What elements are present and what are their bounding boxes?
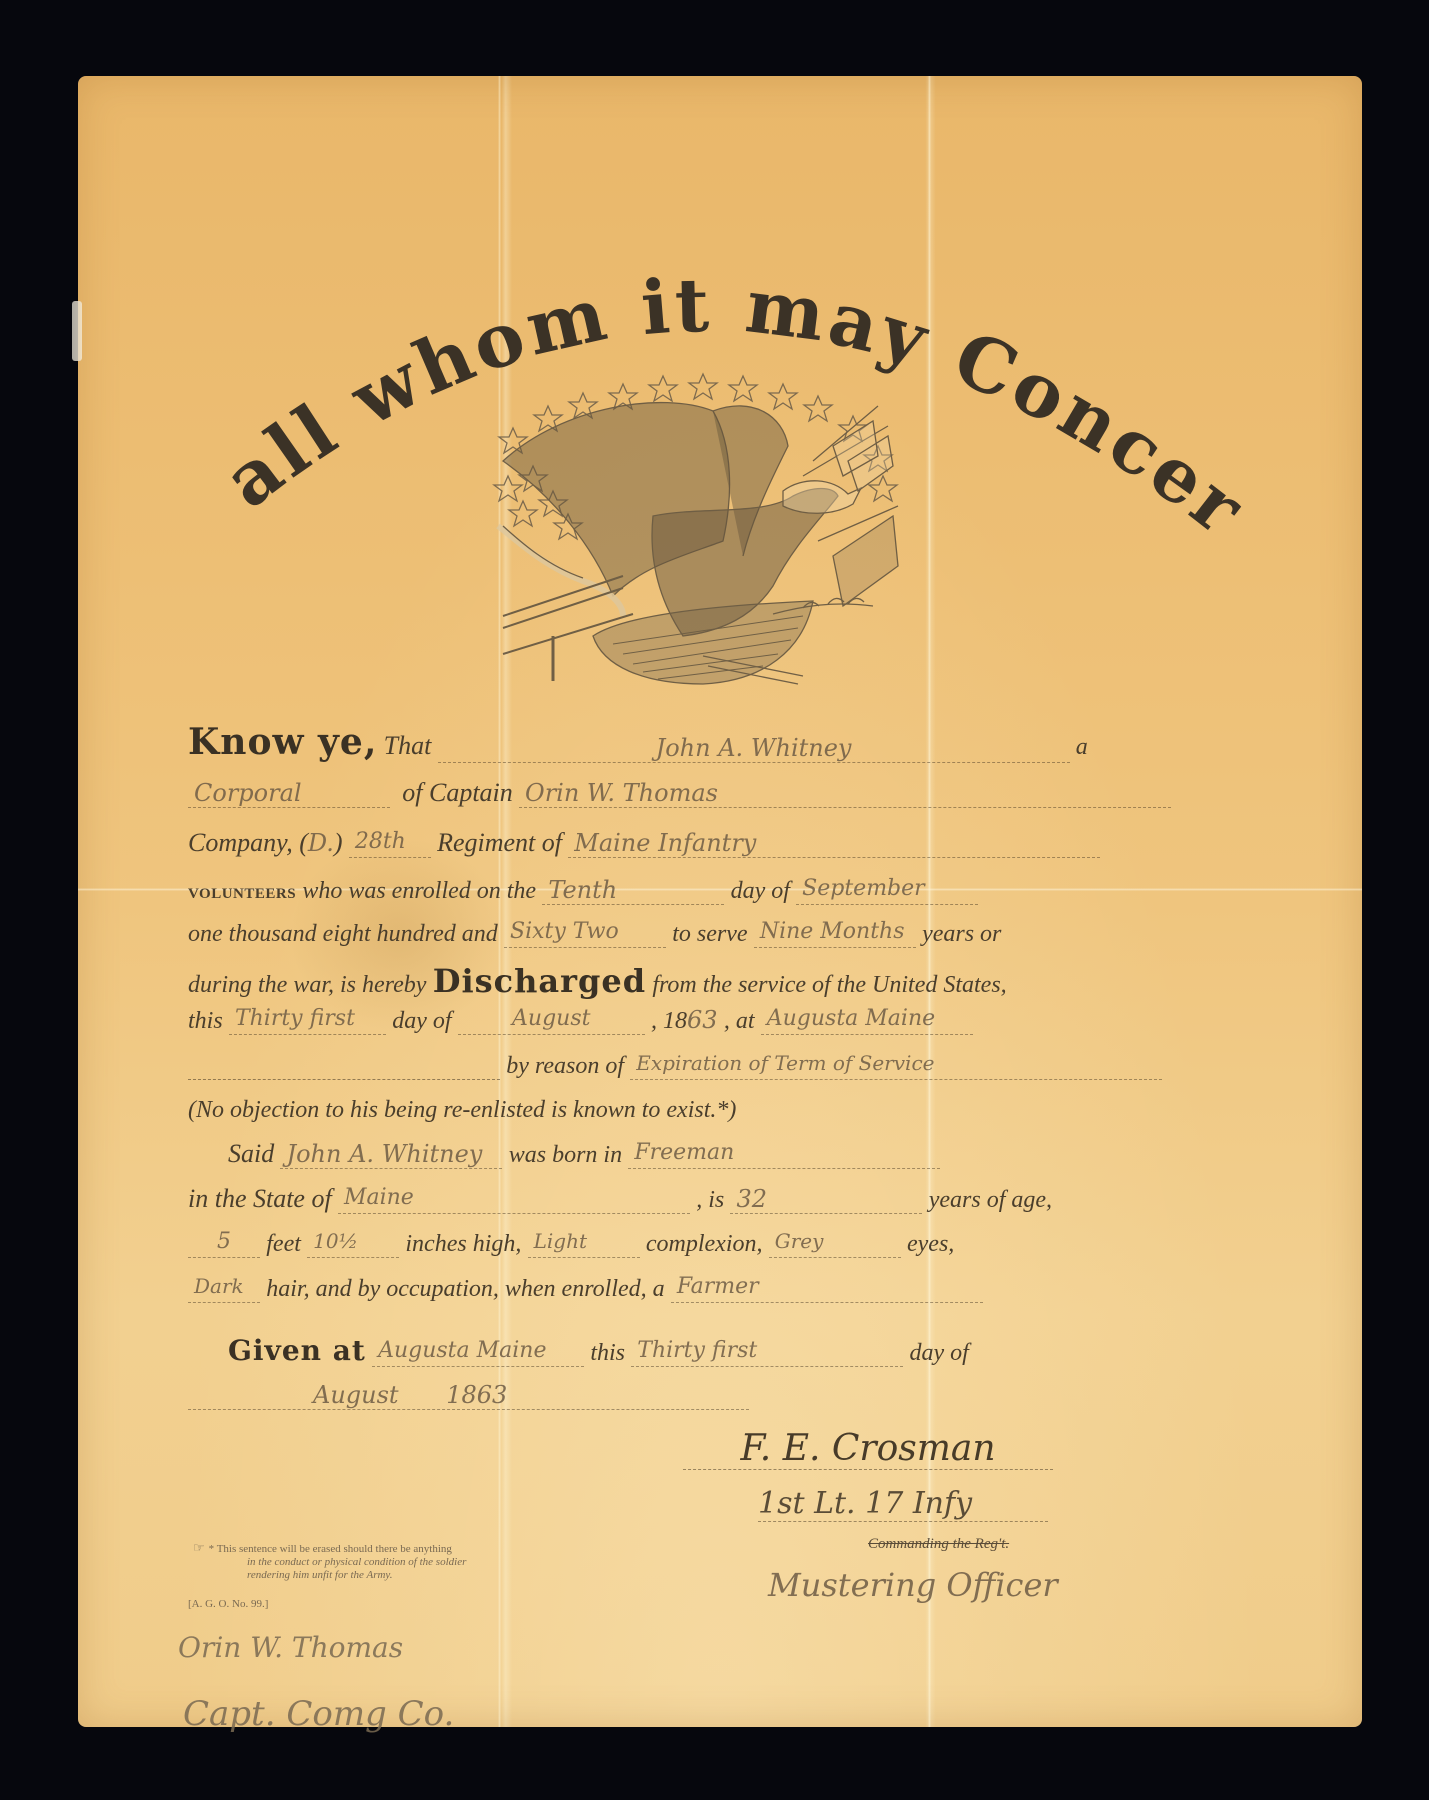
label-eyes: eyes,	[907, 1231, 954, 1257]
label-day-of: day of	[731, 878, 790, 904]
state-field: Maine	[338, 1185, 690, 1214]
discharge-month-field: August	[458, 1006, 645, 1035]
label-year-18: , 18	[651, 1008, 687, 1034]
regiment-name-field: Maine Infantry	[568, 829, 1100, 858]
discharge-year-field: 63	[687, 1006, 718, 1034]
label-at: , at	[724, 1008, 755, 1034]
footnote-line-1: * This sentence will be erased should th…	[209, 1543, 452, 1555]
label-this: this	[188, 1008, 223, 1034]
line-discharge-date: this Thirty first day of August , 1863 ,…	[188, 1006, 1272, 1046]
label-by-reason: by reason of	[506, 1053, 624, 1079]
captain-name-field: Orin W. Thomas	[519, 779, 1171, 808]
discharge-day-field: Thirty first	[229, 1006, 386, 1035]
officer-rank: 1st Lt. 17 Infy	[758, 1486, 1048, 1522]
printed-commanding-title: Commanding the Reg't.	[868, 1536, 1009, 1553]
line-physical: 5 feet 10½ inches high, Light complexion…	[188, 1229, 1272, 1269]
given-year-value: 1863	[446, 1381, 507, 1409]
label-years-of-age: years of age,	[929, 1187, 1052, 1213]
label-of-captain: of Captain	[402, 778, 513, 807]
term-field: Nine Months	[754, 919, 916, 948]
line-term: one thousand eight hundred and Sixty Two…	[188, 919, 1272, 959]
label-who-enrolled: who was enrolled on the	[302, 878, 536, 904]
complexion-field: Light	[528, 1229, 640, 1258]
label-complexion: complexion,	[646, 1231, 763, 1257]
label-a: a	[1076, 734, 1088, 760]
eagle-engraving-icon	[473, 366, 913, 726]
label-regiment-of: Regiment of	[437, 828, 562, 857]
label-said: Said	[228, 1139, 274, 1168]
know-ye-heading: Know ye,	[188, 721, 377, 763]
label-in-state-of: in the State of	[188, 1184, 332, 1213]
given-date-field: August 1863	[188, 1381, 749, 1410]
discharged-heading: Discharged	[433, 962, 646, 1000]
line-company-regiment: Company, (D.) 28th Regiment of Maine Inf…	[188, 828, 1272, 868]
height-inches-field: 10½	[307, 1229, 399, 1258]
discharge-certificate: To all whom it may Concern:	[78, 76, 1362, 1727]
discharge-place-field: Augusta Maine	[761, 1006, 973, 1035]
pointing-hand-icon: ☞	[193, 1540, 205, 1555]
line-discharged: during the war, is hereby Discharged fro…	[188, 962, 1272, 1002]
enrolled-month-field: September	[796, 876, 978, 905]
given-heading: Given at	[228, 1334, 366, 1367]
footnote-line-2: in the conduct or physical condition of …	[247, 1556, 466, 1568]
height-feet-field: 5	[188, 1229, 260, 1258]
soldier-name-field: John A. Whitney	[438, 734, 1070, 763]
company-letter-field: D.	[308, 829, 334, 857]
reason-blank-line	[188, 1051, 500, 1080]
label-day-of-2: day of	[392, 1008, 451, 1034]
line-given-date: August 1863	[188, 1381, 1272, 1421]
label-this-2: this	[590, 1340, 625, 1366]
line-occupation: Dark hair, and by occupation, when enrol…	[188, 1274, 1272, 1314]
form-number: [A. G. O. No. 99.]	[188, 1598, 268, 1610]
given-month-value: August	[313, 1381, 399, 1409]
label-feet: feet	[266, 1231, 301, 1257]
eyes-field: Grey	[769, 1229, 901, 1258]
footnote: ☞* This sentence will be erased should t…	[193, 1541, 466, 1582]
label-volunteers: VOLUNTEERS	[188, 886, 296, 902]
line-rank-captain: Corporal of Captain Orin W. Thomas	[188, 778, 1272, 818]
label-to-serve: to serve	[672, 921, 747, 947]
regiment-number-field: 28th	[349, 829, 431, 858]
age-field: 32	[730, 1185, 922, 1214]
mustering-officer-title: Mustering Officer	[768, 1566, 1058, 1604]
label-that: That	[384, 731, 432, 760]
label-is: , is	[696, 1187, 724, 1213]
given-place-field: Augusta Maine	[372, 1338, 584, 1367]
birthplace-field: Freeman	[628, 1140, 940, 1169]
label-company-close: )	[334, 828, 343, 857]
reason-field: Expiration of Term of Service	[630, 1051, 1162, 1080]
line-reason: by reason of Expiration of Term of Servi…	[188, 1051, 1272, 1091]
line-born-in: Said John A. Whitney was born in Freeman	[228, 1139, 1272, 1179]
label-years-or: years or	[922, 921, 1001, 947]
line-given-at: Given at Augusta Maine this Thirty first…	[228, 1334, 1272, 1374]
footnote-line-3: rendering him unfit for the Army.	[247, 1569, 392, 1581]
line-state-age: in the State of Maine , is 32 years of a…	[188, 1184, 1272, 1224]
label-during-war: during the war, is hereby	[188, 972, 426, 998]
label-hair-occupation: hair, and by occupation, when enrolled, …	[266, 1276, 664, 1302]
no-objection-text: (No objection to his being re-enlisted i…	[188, 1097, 736, 1123]
label-day-of-3: day of	[910, 1340, 969, 1366]
said-name-field: John A. Whitney	[280, 1140, 502, 1169]
occupation-field: Farmer	[671, 1274, 983, 1303]
label-inches-high: inches high,	[405, 1231, 521, 1257]
captain-signature: Orin W. Thomas	[178, 1631, 403, 1664]
given-day-field: Thirty first	[631, 1338, 903, 1367]
officer-signature: F. E. Crosman	[683, 1428, 1053, 1470]
label-was-born-in: was born in	[509, 1142, 622, 1168]
line-know-ye: Know ye, That John A. Whitney a	[188, 721, 1272, 761]
line-enrolled: VOLUNTEERS who was enrolled on the Tenth…	[188, 876, 1272, 916]
enrolled-day-field: Tenth	[542, 876, 724, 905]
label-from-service: from the service of the United States,	[652, 972, 1006, 998]
hair-field: Dark	[188, 1274, 260, 1303]
line-no-objection: (No objection to his being re-enlisted i…	[188, 1096, 1272, 1136]
captain-title: Capt. Comg Co.	[183, 1694, 454, 1734]
label-one-thousand: one thousand eight hundred and	[188, 921, 498, 947]
enrolled-year-field: Sixty Two	[504, 919, 666, 948]
rank-field: Corporal	[188, 779, 390, 808]
label-company: Company, (	[188, 828, 308, 857]
